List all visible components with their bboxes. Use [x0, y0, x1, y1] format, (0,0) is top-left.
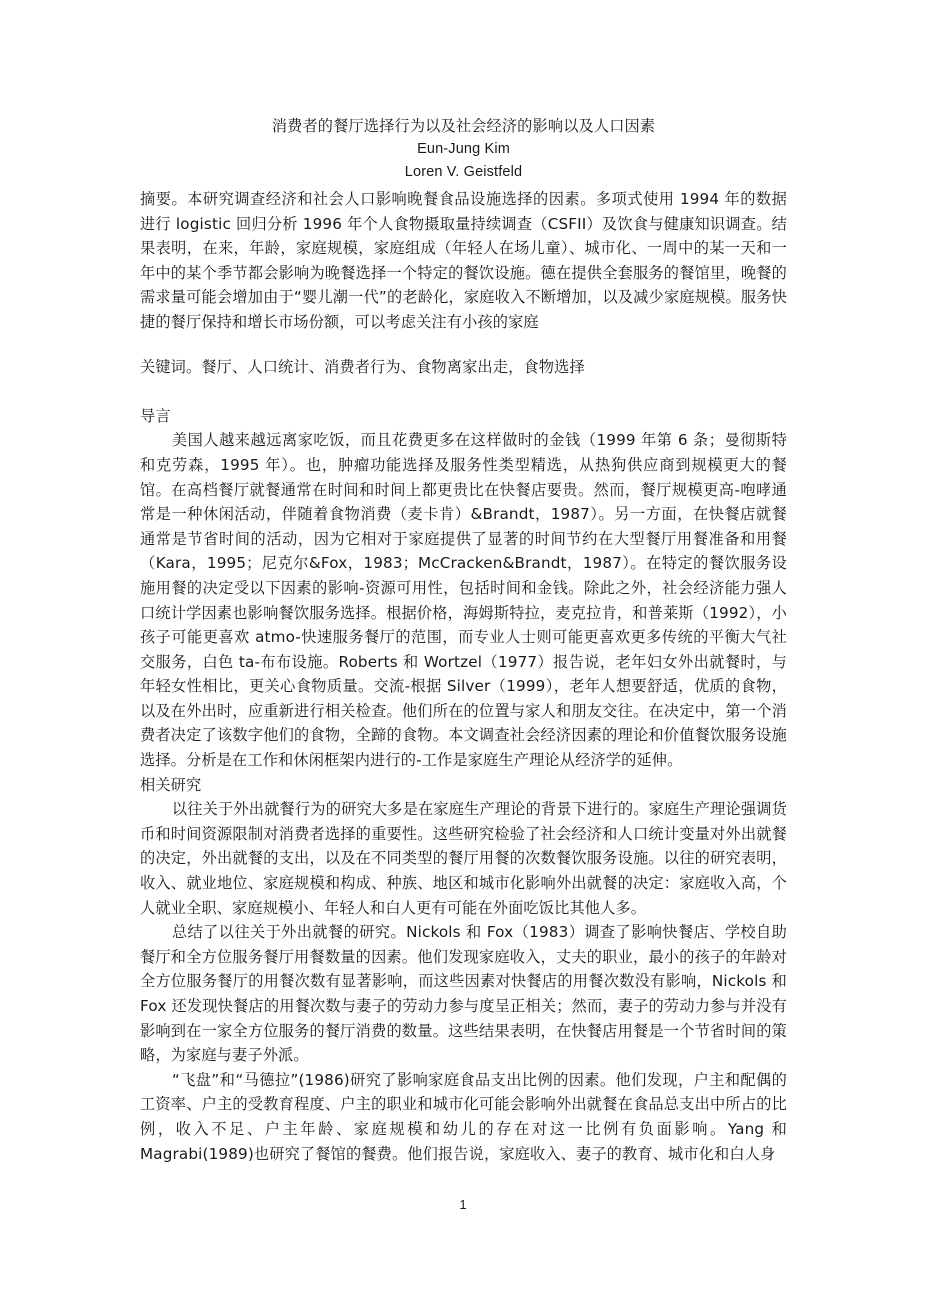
paragraph: “飞盘”和“马德拉”(1986)研究了影响家庭食品支出比例的因素。他们发现，户主…	[140, 1068, 787, 1166]
section-heading-related-research: 相关研究	[140, 773, 787, 798]
paragraph: 以往关于外出就餐行为的研究大多是在家庭生产理论的背景下进行的。家庭生产理论强调货…	[140, 797, 787, 920]
paragraph: 总结了以往关于外出就餐的研究。Nickols 和 Fox（1983）调查了影响快…	[140, 920, 787, 1068]
spacer	[140, 379, 787, 404]
page-number: 1	[0, 1197, 926, 1212]
page-content: 消费者的餐厅选择行为以及社会经济的影响以及人口因素 Eun-Jung Kim L…	[140, 115, 787, 1166]
document-page: 消费者的餐厅选择行为以及社会经济的影响以及人口因素 Eun-Jung Kim L…	[0, 0, 926, 1309]
paragraph: 美国人越来越远离家吃饭，而且花费更多在这样做时的金钱（1999 年第 6 条；曼…	[140, 428, 787, 772]
author-name: Eun-Jung Kim	[140, 138, 787, 161]
abstract: 摘要。本研究调查经济和社会人口影响晚餐食品设施选择的因素。多项式使用 1994 …	[140, 187, 787, 335]
section-heading-introduction: 导言	[140, 404, 787, 429]
spacer	[140, 335, 787, 355]
paper-title: 消费者的餐厅选择行为以及社会经济的影响以及人口因素	[140, 115, 787, 138]
keywords: 关键词。餐厅、人口统计、消费者行为、食物离家出走，食物选择	[140, 355, 787, 380]
author-name: Loren V. Geistfeld	[140, 161, 787, 184]
